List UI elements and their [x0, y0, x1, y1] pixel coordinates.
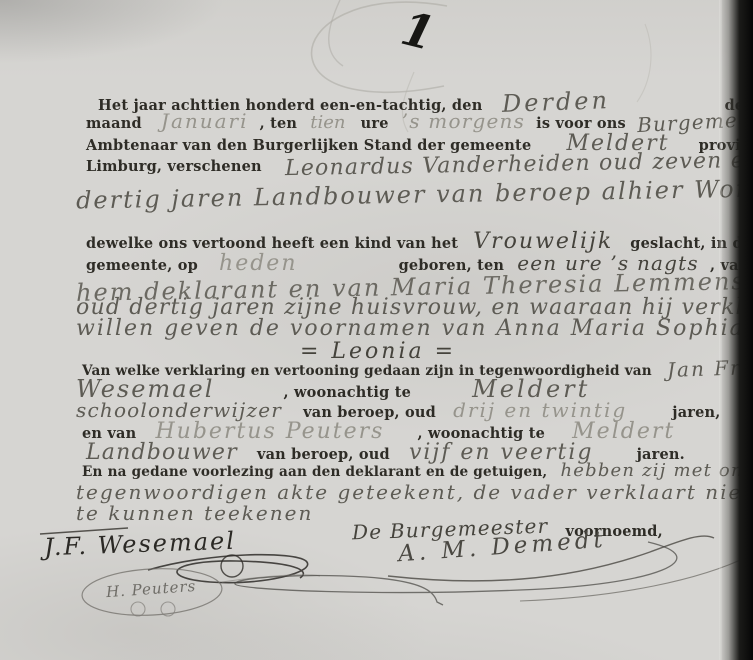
pencil-flourish-stem — [329, 0, 343, 66]
line-child-names: willen geven de voornamen van Anna Maria… — [76, 316, 745, 341]
entry-closing-line3: te kunnen teekenen — [76, 501, 313, 525]
printed-kind-line: dewelke ons vertoond heeft een kind van … — [86, 235, 458, 252]
printed-is-voor-ons: is voor ons — [536, 115, 626, 132]
scanned-birth-record-page: 1 Het jaar achttien honderd een-en-tacht… — [0, 0, 753, 660]
line-closing: En na gedane voorlezing aan den deklaran… — [82, 460, 753, 481]
printed-jaren-1: jaren, — [672, 404, 720, 421]
line-closing3: te kunnen teekenen — [76, 501, 313, 525]
entry-declarant-details: dertig jaren Landbouwer van beroep alhie… — [76, 173, 753, 214]
witness2-signature-tail — [222, 575, 320, 582]
entry-daypart: ’s morgens — [402, 109, 525, 133]
printed-ten: , ten — [260, 115, 298, 132]
burgemeester-signature-sweep — [520, 556, 749, 601]
printed-limburg-verschenen: Limburg, verschenen — [86, 158, 262, 175]
entry-names-intro: willen geven de voornamen van Anna Maria… — [76, 316, 745, 341]
binding-edge-shadow — [719, 0, 753, 660]
printed-maand: maand — [86, 115, 142, 132]
entry-hour: tien — [310, 112, 345, 133]
printed-ure: ure — [361, 115, 389, 132]
line-declarant: Limburg, verschenen Leonardus Vanderheid… — [86, 152, 753, 177]
printed-gemeente-op: gemeente, op — [86, 257, 198, 274]
entry-month: Januari — [161, 109, 249, 133]
printed-closing-line: En na gedane voorlezing aan den deklaran… — [82, 464, 547, 480]
witness2-signature-ring-left — [131, 602, 145, 616]
line-month-hour: maand Januari , ten tien ure ’s morgens … — [86, 109, 753, 133]
witness2-signature-ring-right — [161, 602, 175, 616]
signature-witness2: H. Peuters — [105, 577, 196, 601]
act-number: 1 — [396, 1, 440, 61]
signature-witness1: J.F. Wesemael — [44, 527, 237, 562]
line-declarant-details: dertig jaren Landbouwer van beroep alhie… — [76, 180, 753, 208]
witness1-signature-ring — [221, 555, 243, 577]
